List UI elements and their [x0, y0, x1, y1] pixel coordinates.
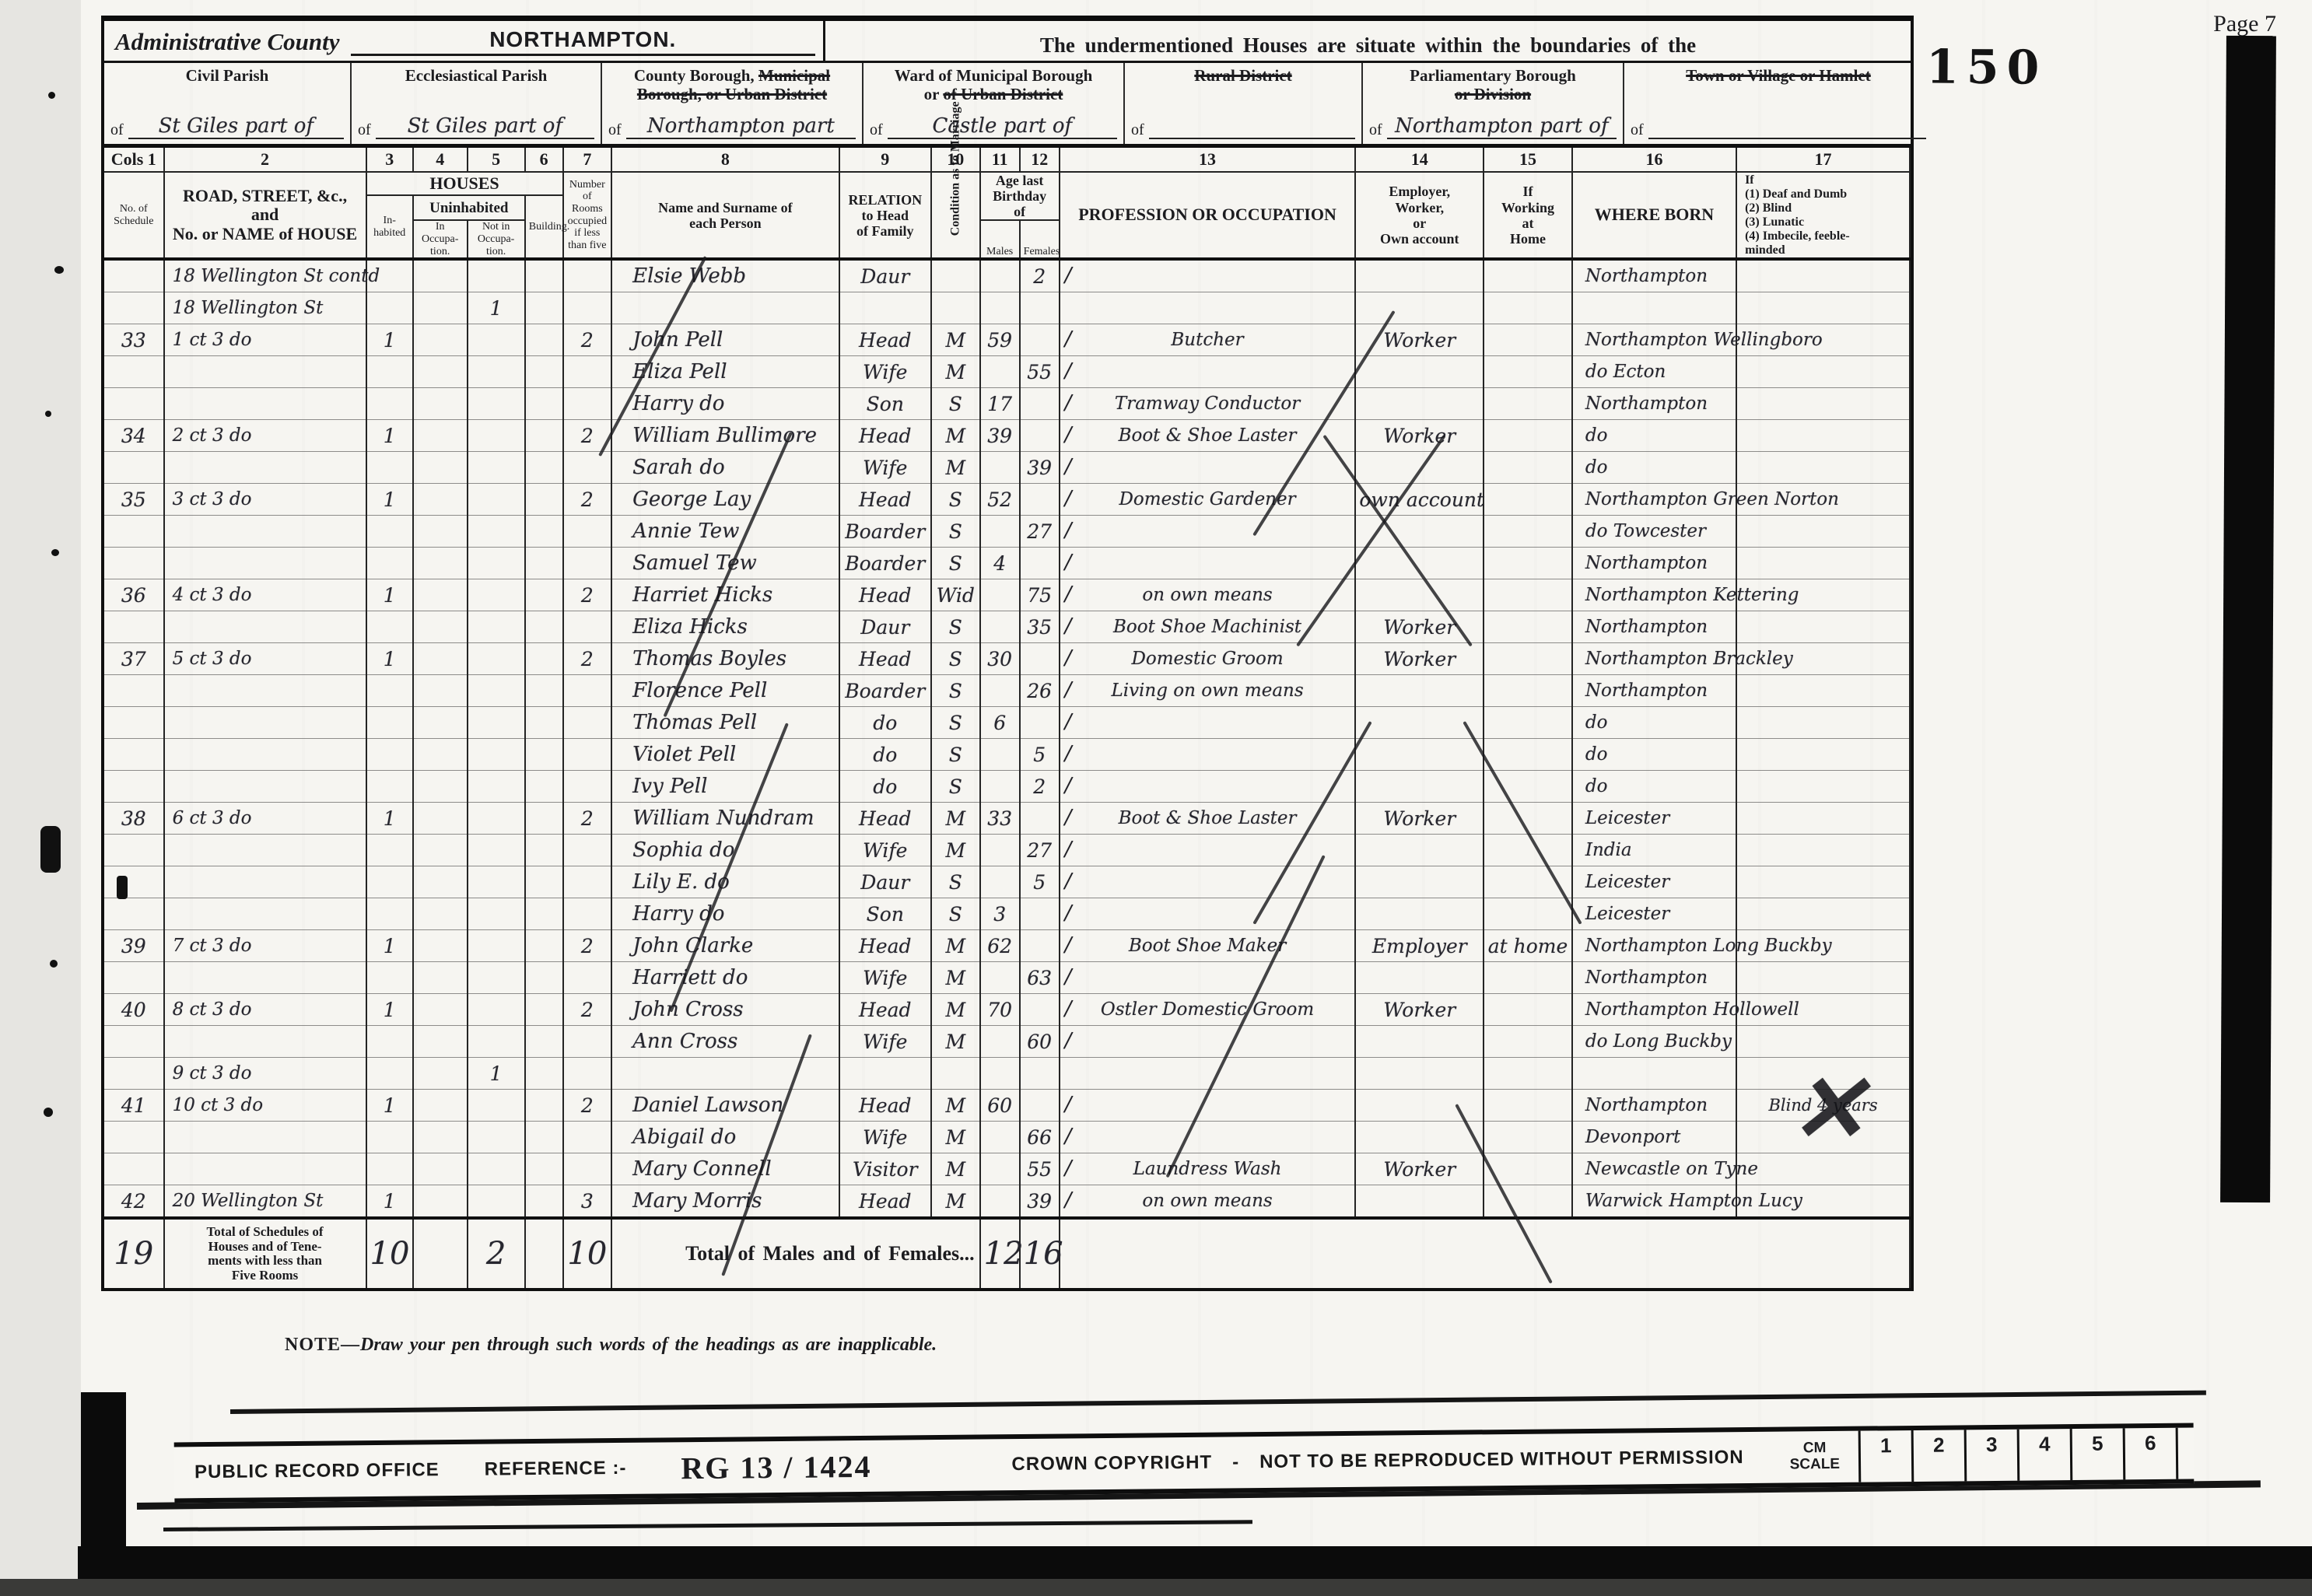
- cell-infirmity: [1736, 898, 1910, 930]
- cell-at-home: [1484, 420, 1572, 452]
- cell-uninhab-in-occ: [413, 356, 468, 388]
- cell-age-male: [980, 292, 1020, 324]
- cell-age-female: [1020, 420, 1060, 452]
- cell-uninhab-not-occ: [468, 994, 525, 1026]
- cell-schedule: 34: [104, 420, 164, 452]
- boundary-field-value-row: of St Giles part of: [358, 114, 594, 139]
- col-header-rooms: Number of Rooms occupied if less than fi…: [563, 172, 612, 259]
- cell-age-male: 39: [980, 420, 1020, 452]
- cell-rooms: 2: [563, 579, 612, 611]
- cell-profession: Domestic Groom: [1060, 643, 1356, 675]
- cell-employer: Worker: [1355, 643, 1484, 675]
- cell-infirmity: [1736, 1185, 1910, 1219]
- cell-infirmity: [1736, 324, 1910, 356]
- cell-where-born: do: [1572, 707, 1736, 739]
- cell-schedule: [104, 866, 164, 898]
- cell-rooms: [563, 548, 612, 579]
- cell-rooms: [563, 898, 612, 930]
- census-row: Harry do Son S 17 Tramway Conductor Nort…: [104, 388, 1910, 420]
- cell-infirmity: [1736, 1026, 1910, 1058]
- census-row: Ivy Pell do S 2 do: [104, 771, 1910, 803]
- cell-rooms: [563, 1058, 612, 1090]
- cell-at-home: [1484, 1058, 1572, 1090]
- cell-road: [164, 356, 366, 388]
- cell-profession: [1060, 356, 1356, 388]
- cell-building: [525, 1026, 563, 1058]
- cell-name: George Lay: [611, 484, 839, 516]
- cell-uninhab-not-occ: [468, 898, 525, 930]
- cell-age-female: [1020, 548, 1060, 579]
- cell-rooms: [563, 356, 612, 388]
- cell-building: [525, 1153, 563, 1185]
- cell-schedule: [104, 1026, 164, 1058]
- boundary-field-value: Northampton part: [626, 114, 856, 139]
- cell-age-female: 2: [1020, 771, 1060, 803]
- cell-age-female: [1020, 388, 1060, 420]
- cell-employer: [1355, 866, 1484, 898]
- cell-infirmity: [1736, 866, 1910, 898]
- cell-uninhab-in-occ: [413, 930, 468, 962]
- cell-profession: Ostler Domestic Groom: [1060, 994, 1356, 1026]
- cell-uninhab-not-occ: [468, 579, 525, 611]
- cell-building: [525, 962, 563, 994]
- cell-uninhab-in-occ: [413, 1026, 468, 1058]
- cell-name: Sarah do: [611, 452, 839, 484]
- cell-condition: M: [931, 962, 980, 994]
- cell-relation: Boarder: [839, 675, 931, 707]
- cell-at-home: [1484, 1185, 1572, 1219]
- census-row: 35 3 ct 3 do 1 2 George Lay Head S 52 Do…: [104, 484, 1910, 516]
- cell-uninhab-not-occ: [468, 835, 525, 866]
- totals-uninhab-in-occ: [413, 1218, 468, 1288]
- cell-uninhab-not-occ: [468, 1185, 525, 1219]
- cell-rooms: [563, 675, 612, 707]
- cell-road: 6 ct 3 do: [164, 803, 366, 835]
- cell-building: [525, 898, 563, 930]
- cell-age-male: [980, 1058, 1020, 1090]
- col-num-7: 7: [563, 148, 612, 172]
- census-row: Harry do Son S 3 Leicester: [104, 898, 1910, 930]
- cell-age-male: [980, 771, 1020, 803]
- cell-at-home: [1484, 1090, 1572, 1122]
- totals-males: 12: [980, 1218, 1020, 1288]
- cell-schedule: 37: [104, 643, 164, 675]
- cell-building: [525, 292, 563, 324]
- cell-relation: Boarder: [839, 516, 931, 548]
- cell-name: John Pell: [611, 324, 839, 356]
- cell-age-female: 63: [1020, 962, 1060, 994]
- census-row: Harriett do Wife M 63 Northampton: [104, 962, 1910, 994]
- boundary-field: Town or Village or Hamlet of: [1624, 63, 1932, 144]
- boundary-field-of: of: [110, 121, 124, 139]
- cell-rooms: [563, 771, 612, 803]
- cell-infirmity: [1736, 994, 1910, 1026]
- boundary-field-of: of: [608, 121, 622, 139]
- cell-relation: Head: [839, 803, 931, 835]
- cell-rooms: [563, 1122, 612, 1153]
- cell-building: [525, 579, 563, 611]
- cell-infirmity: [1736, 707, 1910, 739]
- cell-inhabited: 1: [366, 803, 413, 835]
- totals-building: [525, 1218, 563, 1288]
- cell-infirmity: [1736, 1153, 1910, 1185]
- cell-building: [525, 324, 563, 356]
- cell-schedule: 40: [104, 994, 164, 1026]
- column-numbers-row: Cols 1 2 3 4 5 6 7 8 9 10 11 12 13 14 15…: [104, 148, 1910, 172]
- cell-age-female: 66: [1020, 1122, 1060, 1153]
- cell-relation: Head: [839, 579, 931, 611]
- col-header-at-home: If Working at Home: [1484, 172, 1572, 259]
- cm-scale: CM SCALE 123456: [1789, 1428, 2194, 1483]
- cell-infirmity: [1736, 1058, 1910, 1090]
- cell-schedule: 39: [104, 930, 164, 962]
- cell-relation: Son: [839, 388, 931, 420]
- cell-age-male: 30: [980, 643, 1020, 675]
- col-header-infirmity: If (1) Deaf and Dumb (2) Blind (3) Lunat…: [1736, 172, 1910, 259]
- cell-at-home: [1484, 452, 1572, 484]
- cell-name: Elsie Webb: [611, 259, 839, 292]
- cell-road: [164, 1153, 366, 1185]
- cell-employer: Worker: [1355, 803, 1484, 835]
- boundary-field: Rural District of: [1125, 63, 1363, 144]
- cell-uninhab-not-occ: [468, 484, 525, 516]
- admin-county-value: NORTHAMPTON.: [351, 27, 815, 56]
- cell-schedule: 33: [104, 324, 164, 356]
- cell-inhabited: [366, 452, 413, 484]
- col-header-relation: RELATION to Head of Family: [839, 172, 931, 259]
- cell-where-born: do: [1572, 739, 1736, 771]
- cell-relation: Head: [839, 420, 931, 452]
- cell-road: [164, 707, 366, 739]
- cell-infirmity: [1736, 452, 1910, 484]
- cell-rooms: 2: [563, 324, 612, 356]
- cell-employer: [1355, 259, 1484, 292]
- cell-age-female: [1020, 292, 1060, 324]
- cell-schedule: [104, 675, 164, 707]
- cell-age-female: 39: [1020, 1185, 1060, 1219]
- cell-age-female: 39: [1020, 452, 1060, 484]
- cell-rooms: 2: [563, 803, 612, 835]
- cell-relation: Daur: [839, 259, 931, 292]
- note-text: Draw your pen through such words of the …: [360, 1335, 937, 1355]
- cell-building: [525, 707, 563, 739]
- cell-uninhab-not-occ: [468, 420, 525, 452]
- admin-county-field: Administrative County NORTHAMPTON.: [104, 21, 825, 61]
- cell-age-male: [980, 356, 1020, 388]
- boundary-field-value: [1648, 114, 1926, 139]
- cell-age-male: [980, 1122, 1020, 1153]
- cell-schedule: [104, 611, 164, 643]
- cell-building: [525, 484, 563, 516]
- cell-uninhab-not-occ: [468, 611, 525, 643]
- cell-inhabited: 1: [366, 994, 413, 1026]
- cell-employer: [1355, 1185, 1484, 1219]
- cm-scale-cell: 4: [2017, 1429, 2071, 1481]
- boundary-field: Parliamentary Boroughor Division of Nort…: [1363, 63, 1624, 144]
- cell-uninhab-in-occ: [413, 866, 468, 898]
- cell-condition: [931, 292, 980, 324]
- cell-at-home: [1484, 611, 1572, 643]
- scan-speck: [51, 549, 59, 556]
- col-num-4: 4: [413, 148, 468, 172]
- col-num-16: 16: [1572, 148, 1736, 172]
- cell-inhabited: [366, 962, 413, 994]
- cell-at-home: [1484, 1026, 1572, 1058]
- cell-profession: [1060, 771, 1356, 803]
- cell-name: Mary Connell: [611, 1153, 839, 1185]
- boundary-field-value: [1149, 114, 1355, 139]
- census-row: Samuel Tew Boarder S 4 Northampton: [104, 548, 1910, 579]
- cell-uninhab-not-occ: [468, 771, 525, 803]
- census-table: Cols 1 2 3 4 5 6 7 8 9 10 11 12 13 14 15…: [104, 148, 1911, 1288]
- cell-age-female: 26: [1020, 675, 1060, 707]
- col-header-schedule: No. of Schedule: [104, 172, 164, 259]
- cell-schedule: [104, 771, 164, 803]
- cell-relation: Head: [839, 1090, 931, 1122]
- cm-scale-label-cm: CM: [1789, 1440, 1840, 1458]
- cell-rooms: 2: [563, 994, 612, 1026]
- census-row: Eliza Hicks Daur S 35 Boot Shoe Machinis…: [104, 611, 1910, 643]
- cell-relation: do: [839, 771, 931, 803]
- cell-schedule: [104, 1122, 164, 1153]
- cell-age-female: [1020, 484, 1060, 516]
- cell-at-home: [1484, 675, 1572, 707]
- cell-uninhab-in-occ: [413, 484, 468, 516]
- cell-rooms: [563, 1153, 612, 1185]
- col-header-in-occupation: In Occupa- tion.: [413, 220, 468, 259]
- census-row: Thomas Pell do S 6 do: [104, 707, 1910, 739]
- cell-schedule: 38: [104, 803, 164, 835]
- census-row: Sophia do Wife M 27 India: [104, 835, 1910, 866]
- cell-condition: S: [931, 898, 980, 930]
- col-num-6: 6: [525, 148, 563, 172]
- cell-age-male: 33: [980, 803, 1020, 835]
- cell-profession: [1060, 835, 1356, 866]
- cell-age-female: 75: [1020, 579, 1060, 611]
- cell-inhabited: [366, 739, 413, 771]
- cell-condition: S: [931, 707, 980, 739]
- cell-uninhab-in-occ: [413, 739, 468, 771]
- cell-infirmity: [1736, 675, 1910, 707]
- cell-relation: Wife: [839, 1026, 931, 1058]
- cell-building: [525, 611, 563, 643]
- cell-age-female: [1020, 1058, 1060, 1090]
- note-prefix: NOTE—: [285, 1335, 360, 1355]
- cell-at-home: [1484, 898, 1572, 930]
- boundary-field-value: Northampton part of: [1387, 114, 1617, 139]
- cell-uninhab-not-occ: [468, 962, 525, 994]
- cell-rooms: [563, 739, 612, 771]
- cell-age-male: [980, 452, 1020, 484]
- census-row: Florence Pell Boarder S 26 Living on own…: [104, 675, 1910, 707]
- col-num-3: 3: [366, 148, 413, 172]
- cell-inhabited: [366, 866, 413, 898]
- cell-uninhab-in-occ: [413, 707, 468, 739]
- cell-age-female: [1020, 803, 1060, 835]
- cell-uninhab-in-occ: [413, 898, 468, 930]
- cell-inhabited: 1: [366, 420, 413, 452]
- cell-uninhab-not-occ: [468, 388, 525, 420]
- boundary-field-label: County Borough, MunicipalBorough, or Urb…: [608, 66, 856, 103]
- col-header-building: Building.: [525, 195, 563, 259]
- scan-edge-band-bottom2: [0, 1579, 2312, 1596]
- cell-relation: Daur: [839, 611, 931, 643]
- col-header-condition-text: Condition as to Marriage: [948, 194, 962, 236]
- cell-where-born: Northampton: [1572, 388, 1736, 420]
- census-row: 42 20 Wellington St 1 3 Mary Morris Head…: [104, 1185, 1910, 1219]
- cell-rooms: 2: [563, 643, 612, 675]
- cell-uninhab-not-occ: [468, 452, 525, 484]
- cell-infirmity: [1736, 292, 1910, 324]
- census-row: Ann Cross Wife M 60 do Long Buckby: [104, 1026, 1910, 1058]
- cell-uninhab-not-occ: [468, 803, 525, 835]
- cell-age-female: 27: [1020, 835, 1060, 866]
- cell-profession: [1060, 516, 1356, 548]
- boundary-field-value-row: of: [1631, 114, 1926, 139]
- cell-relation: Son: [839, 898, 931, 930]
- cell-building: [525, 835, 563, 866]
- cell-name: John Clarke: [611, 930, 839, 962]
- cell-building: [525, 994, 563, 1026]
- boundary-field-value-row: of: [1131, 114, 1355, 139]
- cell-road: [164, 1122, 366, 1153]
- cell-schedule: 41: [104, 1090, 164, 1122]
- cell-rooms: 2: [563, 1090, 612, 1122]
- cell-age-female: [1020, 324, 1060, 356]
- cell-name: [611, 292, 839, 324]
- cell-inhabited: 1: [366, 579, 413, 611]
- cell-relation: Head: [839, 1185, 931, 1219]
- cell-employer: [1355, 1026, 1484, 1058]
- boundary-field-of: of: [358, 121, 371, 139]
- col-header-inhabited: In- habited: [366, 195, 413, 259]
- cell-profession: [1060, 548, 1356, 579]
- census-table-body: 18 Wellington St contd Elsie Webb Daur 2…: [104, 259, 1910, 1218]
- cell-rooms: [563, 707, 612, 739]
- cell-road: 20 Wellington St: [164, 1185, 366, 1219]
- cell-relation: Head: [839, 324, 931, 356]
- cell-where-born: Northampton: [1572, 259, 1736, 292]
- cell-infirmity: [1736, 548, 1910, 579]
- cell-profession: [1060, 452, 1356, 484]
- boundary-field-label: Parliamentary Boroughor Division: [1369, 66, 1617, 103]
- cell-inhabited: 1: [366, 484, 413, 516]
- census-row: 41 10 ct 3 do 1 2 Daniel Lawson Head M 6…: [104, 1090, 1910, 1122]
- cell-condition: M: [931, 452, 980, 484]
- cell-relation: do: [839, 707, 931, 739]
- cell-building: [525, 516, 563, 548]
- cell-where-born: Northampton Wellingboro: [1572, 324, 1736, 356]
- cell-rooms: [563, 259, 612, 292]
- col-header-uninhabited-group: Uninhabited: [413, 195, 525, 220]
- cell-uninhab-in-occ: [413, 1185, 468, 1219]
- col-header-where-born: WHERE BORN: [1572, 172, 1736, 259]
- cell-at-home: [1484, 356, 1572, 388]
- cell-at-home: at home: [1484, 930, 1572, 962]
- cell-at-home: [1484, 259, 1572, 292]
- cell-road: 9 ct 3 do: [164, 1058, 366, 1090]
- cell-infirmity: [1736, 771, 1910, 803]
- cell-age-female: [1020, 1090, 1060, 1122]
- cell-profession: [1060, 259, 1356, 292]
- col-num-1: Cols 1: [104, 148, 164, 172]
- col-num-11: 11: [980, 148, 1020, 172]
- cell-road: [164, 1026, 366, 1058]
- cell-inhabited: [366, 388, 413, 420]
- cell-age-female: 55: [1020, 1153, 1060, 1185]
- cell-name: Harry do: [611, 898, 839, 930]
- cell-road: [164, 866, 366, 898]
- cell-inhabited: [366, 771, 413, 803]
- cell-rooms: [563, 516, 612, 548]
- cell-relation: do: [839, 739, 931, 771]
- cell-building: [525, 675, 563, 707]
- cell-rooms: [563, 835, 612, 866]
- cell-condition: S: [931, 548, 980, 579]
- cell-condition: S: [931, 388, 980, 420]
- cell-where-born: do: [1572, 452, 1736, 484]
- cell-profession: Boot Shoe Maker: [1060, 930, 1356, 962]
- boundary-field-value-row: of St Giles part of: [110, 114, 344, 139]
- cm-scale-label-scale: SCALE: [1790, 1457, 1841, 1474]
- cell-building: [525, 420, 563, 452]
- cell-employer: [1355, 1058, 1484, 1090]
- col-header-not-in-occupation: Not in Occupa- tion.: [468, 220, 525, 259]
- cell-road: 7 ct 3 do: [164, 930, 366, 962]
- cell-uninhab-in-occ: [413, 516, 468, 548]
- col-num-12: 12: [1020, 148, 1060, 172]
- cell-age-male: 17: [980, 388, 1020, 420]
- page-number: Page 7: [2213, 11, 2276, 37]
- cell-building: [525, 1122, 563, 1153]
- cell-employer: Employer: [1355, 930, 1484, 962]
- cell-inhabited: [366, 292, 413, 324]
- cell-condition: S: [931, 516, 980, 548]
- col-header-employer: Employer, Worker, or Own account: [1355, 172, 1484, 259]
- cell-at-home: [1484, 835, 1572, 866]
- copyright-dash: -: [1232, 1451, 1239, 1473]
- boundary-field-of: of: [1369, 121, 1382, 139]
- cell-uninhab-in-occ: [413, 1090, 468, 1122]
- cell-uninhab-in-occ: [413, 579, 468, 611]
- cell-name: John Cross: [611, 994, 839, 1026]
- cm-scale-cell: 2: [1911, 1430, 1965, 1482]
- cell-relation: Boarder: [839, 548, 931, 579]
- cell-age-male: [980, 1026, 1020, 1058]
- cell-name: Harry do: [611, 388, 839, 420]
- cell-where-born: do Ecton: [1572, 356, 1736, 388]
- cell-relation: Head: [839, 643, 931, 675]
- cell-inhabited: [366, 1153, 413, 1185]
- cell-profession: [1060, 1058, 1356, 1090]
- cell-name: Eliza Hicks: [611, 611, 839, 643]
- census-row: 18 Wellington St 1: [104, 292, 1910, 324]
- census-row: 38 6 ct 3 do 1 2 William Nundram Head M …: [104, 803, 1910, 835]
- cell-uninhab-in-occ: [413, 675, 468, 707]
- cell-employer: [1355, 771, 1484, 803]
- cell-building: [525, 739, 563, 771]
- cell-profession: Domestic Gardener: [1060, 484, 1356, 516]
- cell-name: Ivy Pell: [611, 771, 839, 803]
- cell-age-male: [980, 962, 1020, 994]
- cell-schedule: 36: [104, 579, 164, 611]
- cell-employer: Worker: [1355, 420, 1484, 452]
- folio-stamp: 150: [1926, 40, 2048, 95]
- cell-schedule: [104, 739, 164, 771]
- cell-inhabited: [366, 1058, 413, 1090]
- cell-condition: [931, 1058, 980, 1090]
- boundary-field-value-row: of Northampton part: [608, 114, 856, 139]
